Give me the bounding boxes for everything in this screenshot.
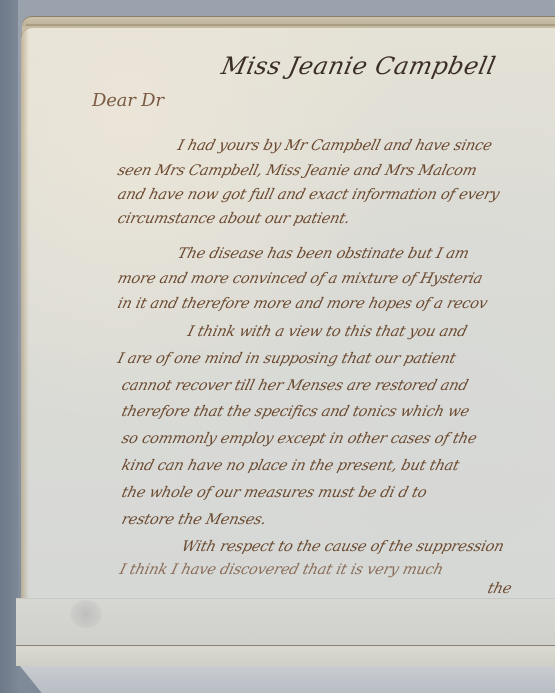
letter-line: seen Mrs Campbell, Miss Jeanie and Mrs M… [116, 162, 479, 179]
binding-edge [0, 0, 18, 693]
letter-line: cannot recover till her Menses are resto… [120, 377, 470, 394]
letter-line: I think with a view to this that you and [186, 323, 469, 340]
letter-line: in it and therefore more and more hopes … [116, 295, 489, 312]
catchword: the [486, 580, 514, 597]
letter-line: I had yours by Mr Campbell and have sinc… [176, 137, 494, 154]
letter-line: the whole of our measures must be di d t… [120, 484, 429, 501]
letter-line: restore the Menses. [120, 511, 268, 528]
letter-line: therefore that the specifics and tonics … [120, 403, 471, 420]
letter-line: kind can have no place in the present, b… [120, 457, 461, 474]
salutation: Dear Dr [92, 90, 164, 111]
paper-stain [70, 600, 102, 628]
manuscript-scan: Miss Jeanie Campbell Dear Dr I had yours… [0, 0, 555, 693]
underlying-page-edge [20, 666, 555, 693]
letter-line: so commonly employ except in other cases… [120, 430, 479, 447]
letter-line: I are of one mind in supposing that our … [116, 350, 458, 367]
letter-line: With respect to the cause of the suppres… [180, 538, 506, 555]
letter-page [21, 28, 555, 600]
letter-heading: Miss Jeanie Campbell [219, 52, 498, 80]
letter-line: circumstance about our patient. [116, 210, 352, 227]
letter-line: I think I have discovered that it is ver… [118, 561, 445, 578]
page-stack-bottom-lip [16, 646, 555, 666]
letter-line: The disease has been obstinate but I am [176, 245, 471, 262]
letter-line: and have now got full and exact informat… [116, 186, 501, 203]
letter-line: more and more convinced of a mixture of … [116, 270, 484, 287]
